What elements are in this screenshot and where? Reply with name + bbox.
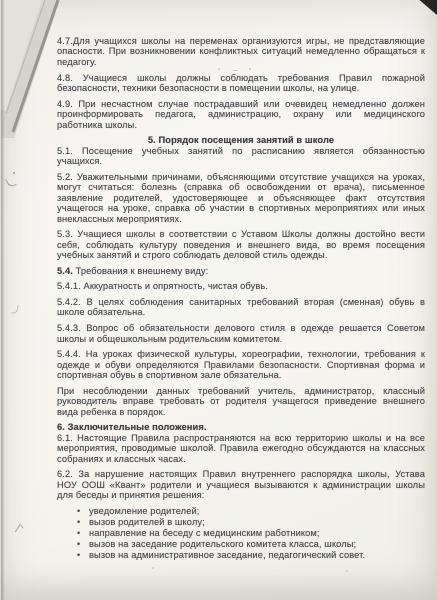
paragraph: 6.2. За нарушение настоящих Правил внутр…	[57, 469, 425, 500]
list-item-text: вызов на заседание родительского комитет…	[89, 539, 356, 549]
paragraph: 5.4.4. На уроках физической культуры, хо…	[57, 349, 425, 380]
pencil-mark-artifact	[13, 172, 15, 174]
paragraph: 5.4.1. Аккуратность и опрятность, чистая…	[57, 281, 425, 291]
list-item: вызов на заседание родительского комитет…	[77, 539, 425, 549]
list-item-text: вызов родителей в школу;	[89, 517, 205, 527]
list-item-text: уведомление родителей;	[89, 506, 199, 516]
clause-text: Требования к внешнему виду:	[73, 266, 208, 276]
pencil-mark-artifact	[5, 176, 17, 189]
bullet-list: уведомление родителей;вызов родителей в …	[77, 506, 425, 560]
scan-corner-artifact	[417, 0, 437, 17]
paragraph: 5.4. Требования к внешнему виду:	[57, 266, 425, 276]
paragraph: При несоблюдении данных требований учите…	[57, 386, 425, 417]
list-item: вызов на административное заседание, пед…	[77, 550, 425, 560]
paragraph: 5.4.2. В целях соблюдения санитарных тре…	[57, 297, 425, 318]
section-heading: 6. Заключительные положения.	[57, 422, 425, 432]
clause-number: 5.4.	[57, 266, 73, 276]
section-heading: 5. Порядок посещения занятий в школе	[57, 135, 425, 145]
scan-speck-artifact	[346, 570, 348, 572]
list-item: вызов родителей в школу;	[77, 517, 425, 527]
pencil-mark-artifact	[19, 523, 24, 528]
paragraph: 4.9. При несчастном случае пострадавший …	[57, 99, 425, 130]
paragraph: 5.4.3. Вопрос об обязательности делового…	[57, 323, 425, 344]
scan-edge-shadow	[0, 0, 5, 600]
pencil-mark-artifact	[11, 303, 19, 314]
scanned-page: 4.7.Для учащихся школы на переменах орга…	[0, 0, 437, 600]
list-item-text: вызов на административное заседание, пед…	[89, 550, 365, 560]
pencil-mark-artifact	[15, 524, 21, 532]
paragraph: 4.7.Для учащихся школы на переменах орга…	[57, 36, 425, 67]
paragraph: 6.1. Настоящие Правила распространяются …	[57, 433, 425, 464]
paragraph: 4.8. Учащиеся школы должны соблюдать тре…	[57, 73, 425, 94]
list-item-text: направление на беседу с медицинским рабо…	[89, 528, 320, 538]
paragraph: 5.3. Учащиеся школы в соответствии с Уст…	[57, 229, 425, 260]
list-item: уведомление родителей;	[77, 506, 425, 516]
document-body: 4.7.Для учащихся школы на переменах орга…	[57, 36, 425, 561]
paragraph: 5.1. Посещение учебных занятий по распис…	[57, 146, 425, 167]
scan-speck-artifact	[152, 567, 154, 569]
list-item: направление на беседу с медицинским рабо…	[77, 528, 425, 538]
paragraph: 5.2. Уважительными причинами, объясняющи…	[57, 172, 425, 224]
